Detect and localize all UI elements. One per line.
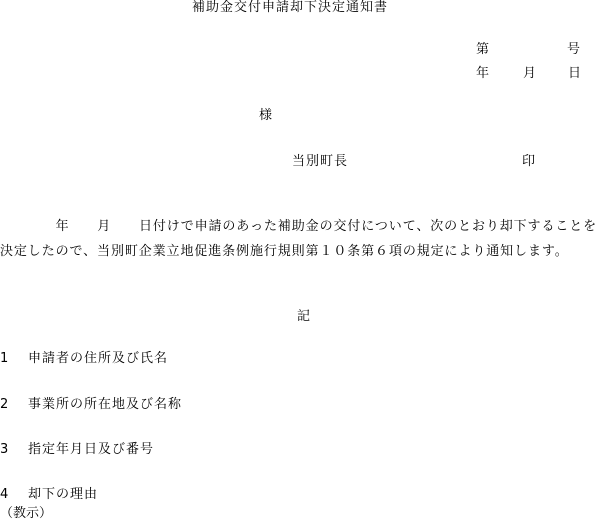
number-suffix: 号 xyxy=(567,42,580,58)
date-month: 月 xyxy=(523,66,536,82)
date-year: 年 xyxy=(476,66,489,82)
list-item: 2事業所の所在地及び名称 xyxy=(0,397,182,413)
addressee-suffix: 様 xyxy=(259,108,272,124)
item-label: 申請者の住所及び氏名 xyxy=(28,351,168,366)
item-label: 指定年月日及び番号 xyxy=(28,442,154,457)
item-number: 1 xyxy=(0,351,28,367)
body-paragraph: 年 月 日付けで申請のあった補助金の交付について、次のとおり却下することを決定し… xyxy=(0,214,607,264)
record-heading: 記 xyxy=(297,309,310,325)
date-day: 日 xyxy=(568,66,581,82)
document-title: 補助金交付申請却下決定通知書 xyxy=(192,0,388,16)
item-number: 3 xyxy=(0,442,28,458)
list-item: 1申請者の住所及び氏名 xyxy=(0,351,168,367)
notice-heading: （教示） xyxy=(0,506,52,522)
seal-mark: 印 xyxy=(522,154,535,170)
list-item: 4却下の理由 xyxy=(0,487,98,503)
list-item: 3指定年月日及び番号 xyxy=(0,442,154,458)
number-prefix: 第 xyxy=(476,42,489,58)
item-number: 4 xyxy=(0,487,28,503)
item-label: 却下の理由 xyxy=(28,487,98,502)
sender-name: 当別町長 xyxy=(292,154,348,170)
item-number: 2 xyxy=(0,397,28,413)
item-label: 事業所の所在地及び名称 xyxy=(28,397,182,412)
